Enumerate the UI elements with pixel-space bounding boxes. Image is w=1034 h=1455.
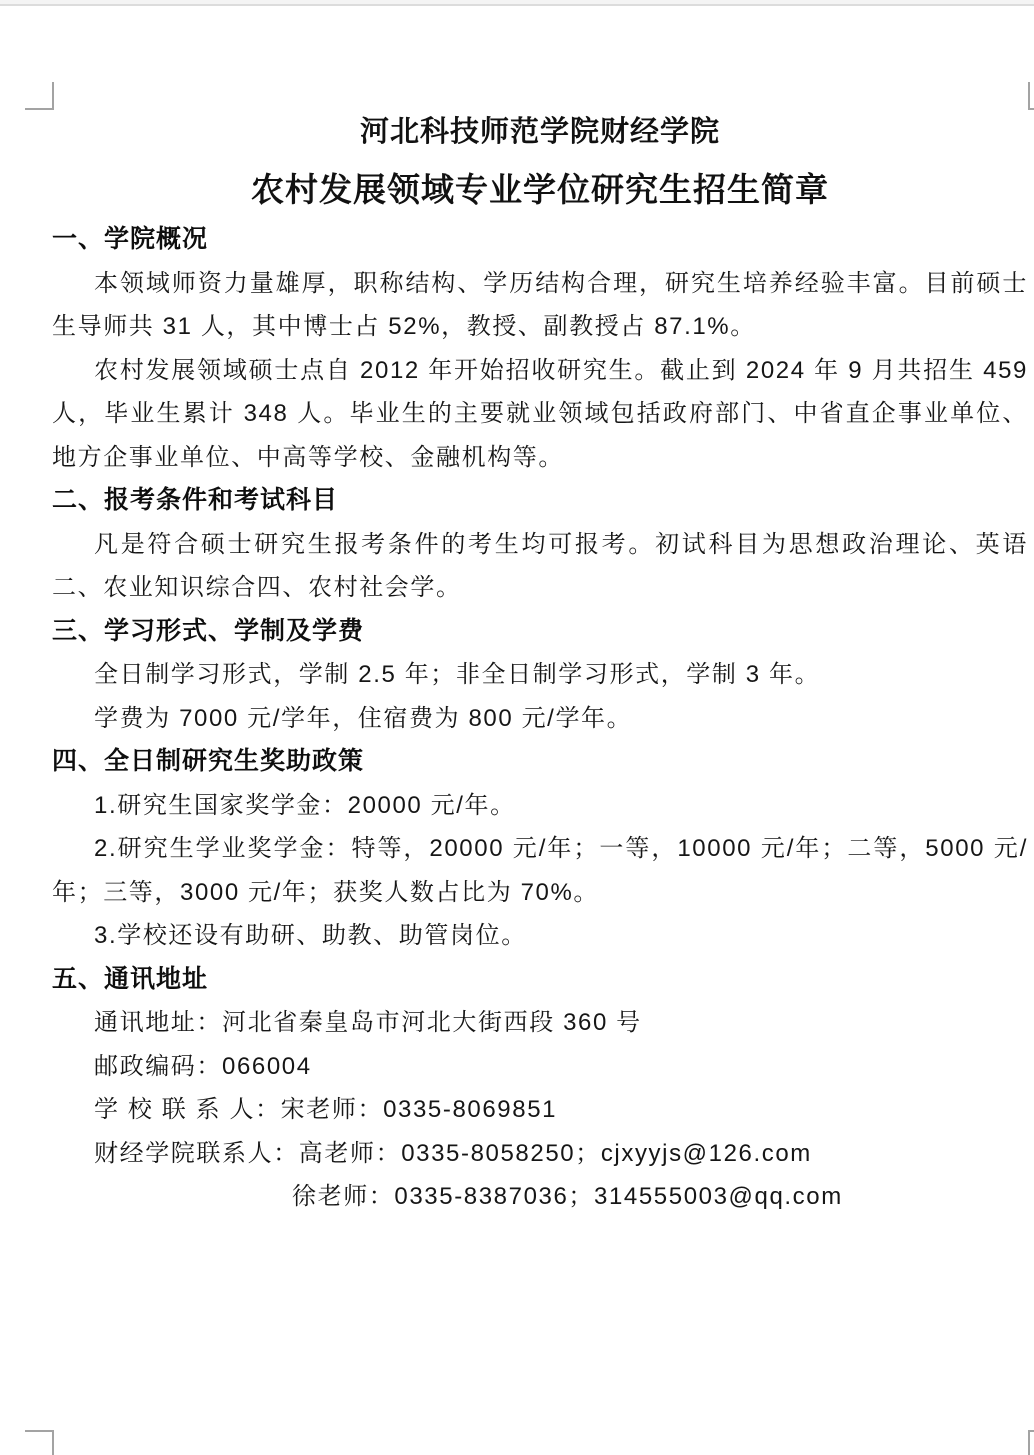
paragraph: 学费为 7000 元/学年，住宿费为 800 元/学年。: [52, 697, 1028, 741]
text-boundary-corner-bottom-right: [1028, 1430, 1034, 1455]
paragraph: 本领域师资力量雄厚，职称结构、学历结构合理，研究生培养经验丰富。目前硕士生导师共…: [52, 262, 1028, 349]
contact-line-school-contact: 学 校 联 系 人：宋老师：0335-8069851: [52, 1088, 1028, 1132]
section-heading-scholarship-policy: 四、全日制研究生奖助政策: [52, 740, 1028, 784]
contact-line-address: 通讯地址：河北省秦皇岛市河北大街西段 360 号: [52, 1001, 1028, 1045]
paragraph: 3.学校还设有助研、助教、助管岗位。: [52, 914, 1028, 958]
document-title-line1: 河北科技师范学院财经学院: [52, 104, 1028, 161]
text-boundary-corner-top-left: [25, 82, 54, 110]
document-page: 河北科技师范学院财经学院 农村发展领域专业学位研究生招生简章 一、学院概况 本领…: [0, 0, 1034, 1455]
contact-line-college-contact: 财经学院联系人：高老师：0335-8058250；cjxyyjs@126.com: [52, 1132, 1028, 1176]
text-boundary-corner-top-right: [1028, 82, 1034, 110]
document-title-line2: 农村发展领域专业学位研究生招生简章: [52, 161, 1028, 218]
page-top-edge: [0, 0, 1034, 6]
paragraph: 1.研究生国家奖学金：20000 元/年。: [52, 784, 1028, 828]
section-heading-contact-address: 五、通讯地址: [52, 958, 1028, 1002]
section-heading-overview: 一、学院概况: [52, 218, 1028, 262]
paragraph: 农村发展领域硕士点自 2012 年开始招收研究生。截止到 2024 年 9 月共…: [52, 349, 1028, 480]
paragraph: 2.研究生学业奖学金：特等，20000 元/年；一等，10000 元/年；二等，…: [52, 827, 1028, 914]
contact-line-college-contact-2: 徐老师：0335-8387036；314555003@qq.com: [52, 1175, 1028, 1219]
section-heading-study-form-tuition: 三、学习形式、学制及学费: [52, 610, 1028, 654]
paragraph: 凡是符合硕士研究生报考条件的考生均可报考。初试科目为思想政治理论、英语二、农业知…: [52, 523, 1028, 610]
text-boundary-corner-bottom-left: [25, 1430, 54, 1455]
contact-line-postcode: 邮政编码：066004: [52, 1045, 1028, 1089]
section-heading-application-requirements: 二、报考条件和考试科目: [52, 479, 1028, 523]
document-content: 河北科技师范学院财经学院 农村发展领域专业学位研究生招生简章 一、学院概况 本领…: [52, 104, 1028, 1219]
paragraph: 全日制学习形式，学制 2.5 年；非全日制学习形式，学制 3 年。: [52, 653, 1028, 697]
